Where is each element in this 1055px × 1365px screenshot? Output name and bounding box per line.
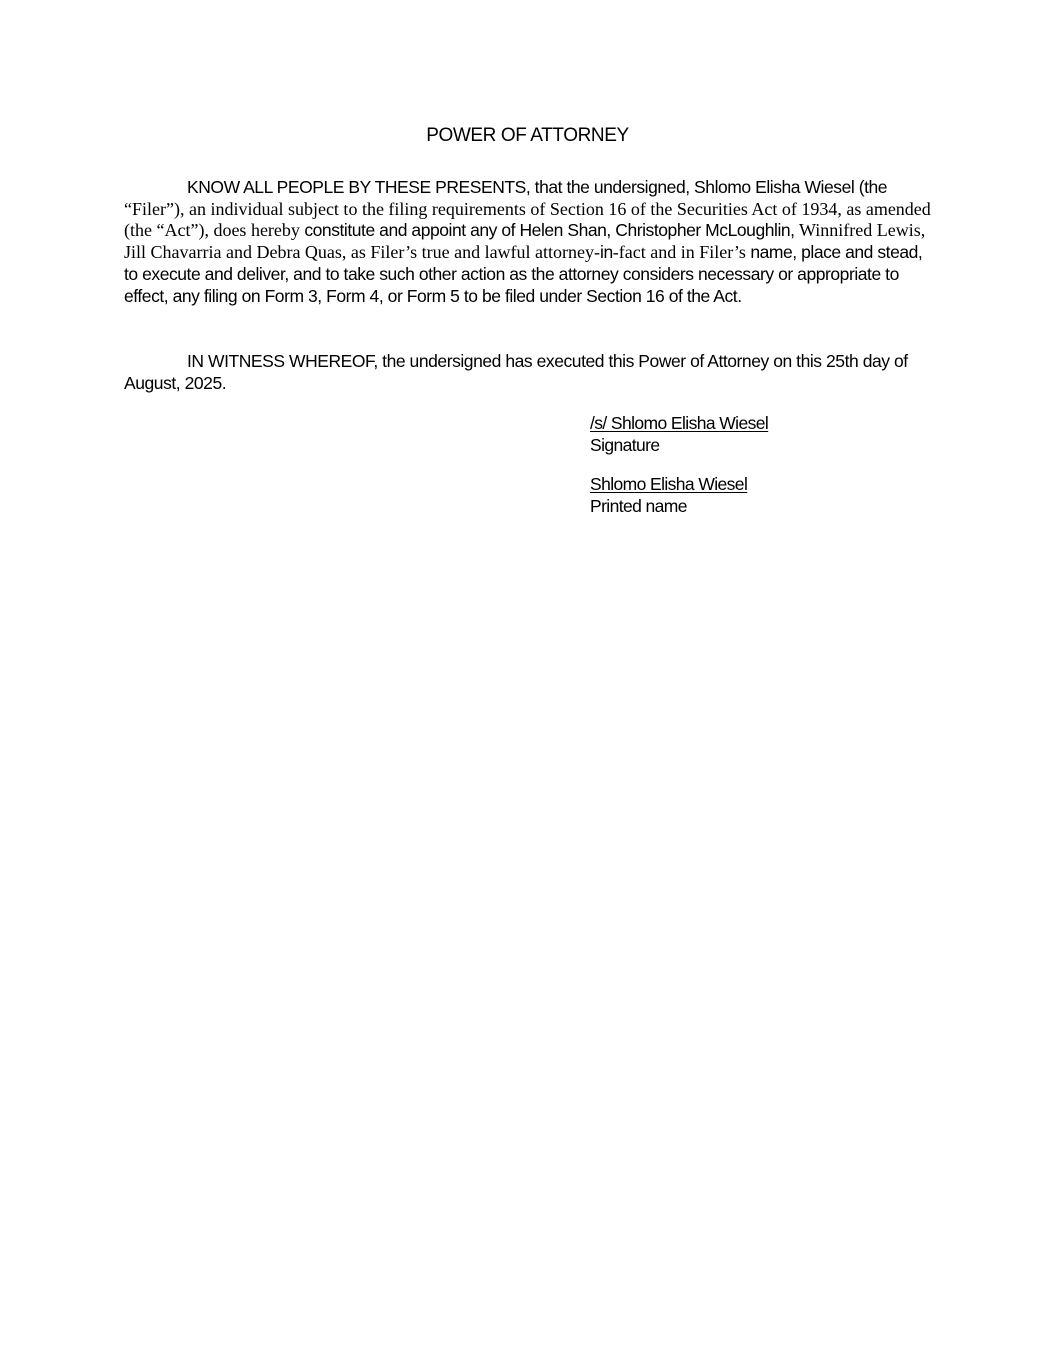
paragraph-sans-segment-1: constitute and appoint any of Helen Shan… [304,220,794,240]
signature-block: /s/ Shlomo Elisha Wiesel Signature [590,412,768,456]
signature-value: /s/ Shlomo Elisha Wiesel [590,412,768,434]
document-page: POWER OF ATTORNEY KNOW ALL PEOPLE BY THE… [0,0,1055,1365]
paragraph-sans-segment-2: in [600,242,613,262]
signature-label: Signature [590,434,768,456]
witness-text: IN WITNESS WHEREOF, the undersigned has … [124,351,908,393]
paragraph-lead: KNOW ALL PEOPLE BY THESE PRESENTS, that … [187,177,887,197]
paragraph-serif-segment-3: -fact and in Filer’s [613,242,746,262]
witness-paragraph: IN WITNESS WHEREOF, the undersigned has … [124,351,932,394]
appointment-paragraph: KNOW ALL PEOPLE BY THESE PRESENTS, that … [124,177,932,307]
document-title: POWER OF ATTORNEY [0,125,1055,147]
printed-name-block: Shlomo Elisha Wiesel Printed name [590,473,747,517]
printed-name-label: Printed name [590,495,747,517]
printed-name-value: Shlomo Elisha Wiesel [590,473,747,495]
